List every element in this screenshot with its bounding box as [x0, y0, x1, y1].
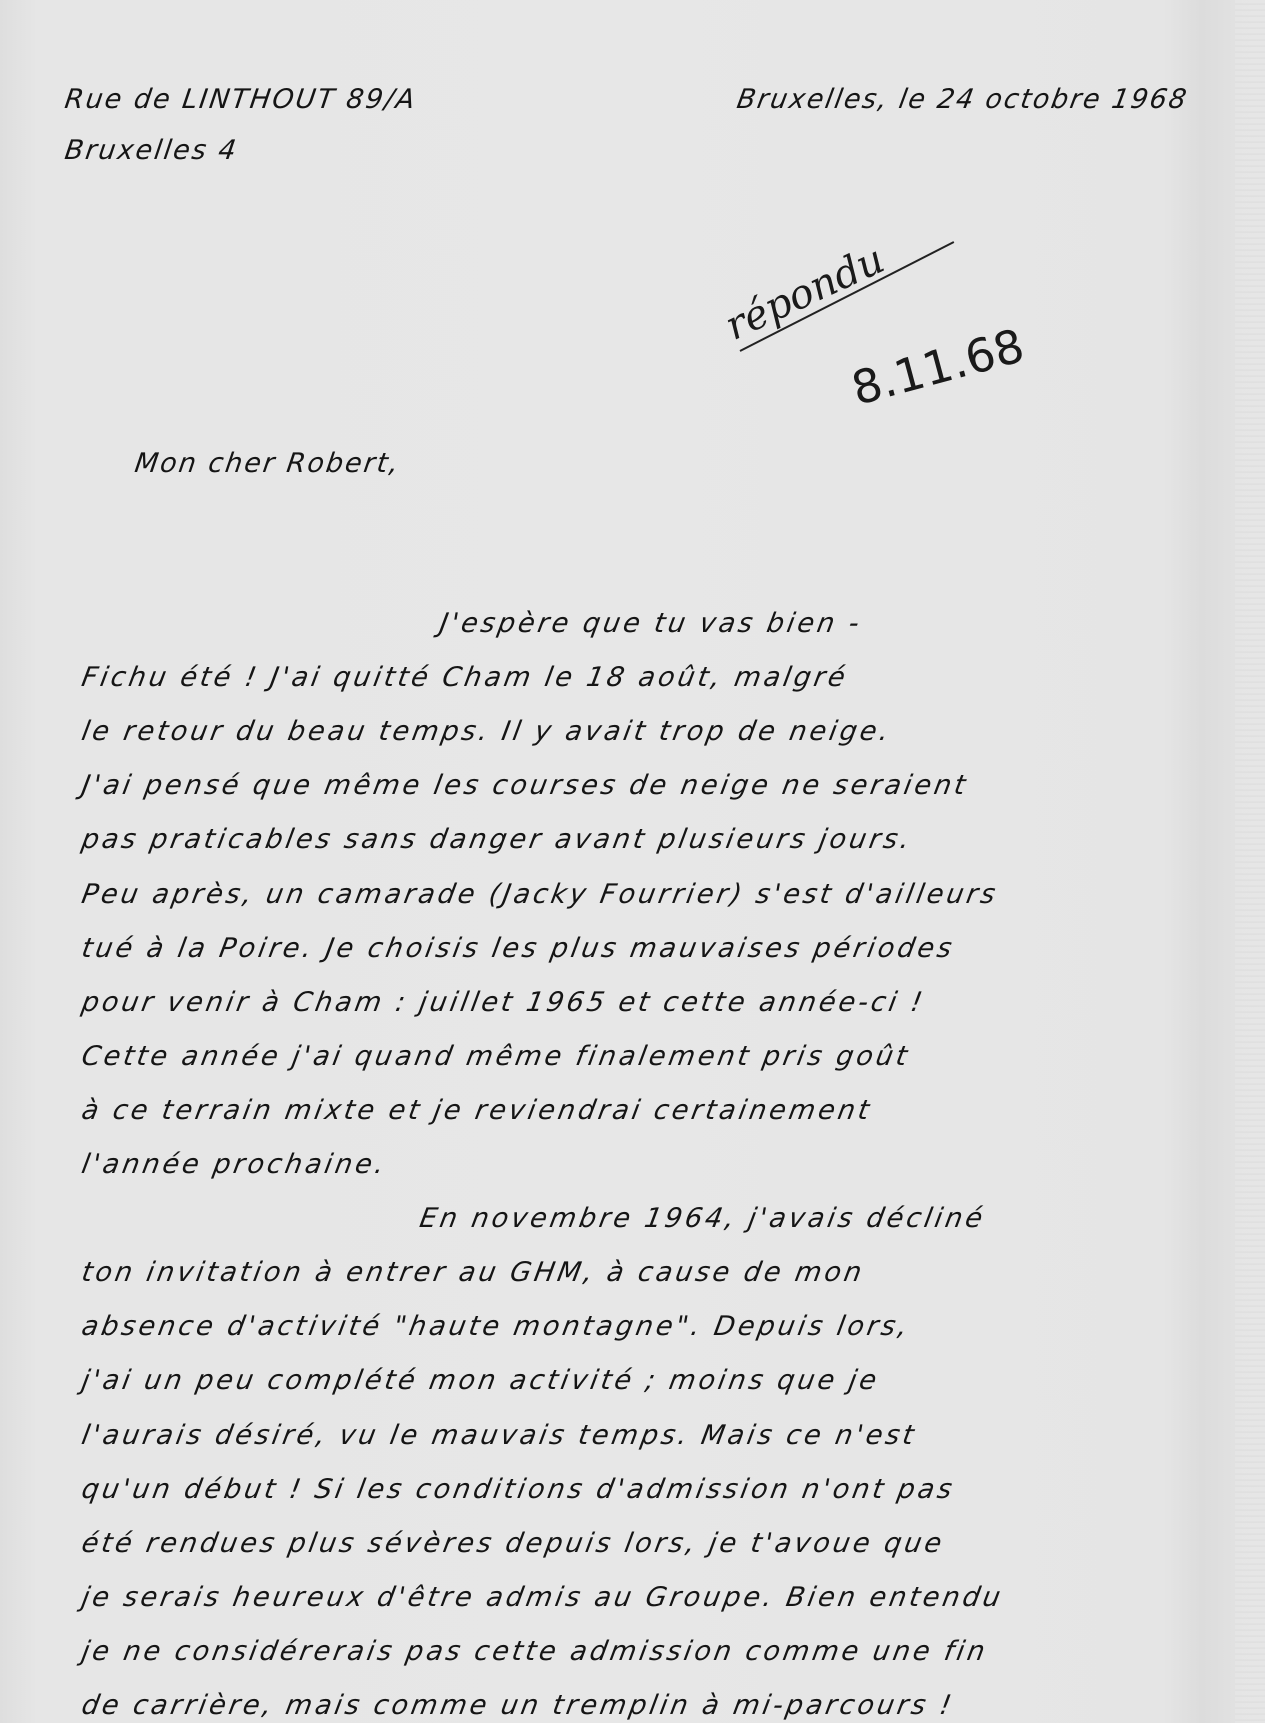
body-line: le retour du beau temps. Il y avait trop…	[79, 716, 894, 747]
annotation-label: répondu	[718, 236, 891, 349]
sender-address-line-2: Bruxelles 4	[63, 135, 240, 166]
body-line: qu'un début ! Si les conditions d'admiss…	[79, 1474, 957, 1505]
body-line: absence d'activité "haute montagne". Dep…	[79, 1311, 912, 1342]
body-line: J'espère que tu vas bien -	[437, 608, 864, 639]
salutation: Mon cher Robert,	[133, 448, 402, 479]
body-line: l'année prochaine.	[79, 1149, 389, 1180]
body-line: J'ai pensé que même les courses de neige…	[79, 770, 970, 801]
body-line: de carrière, mais comme un tremplin à mi…	[79, 1690, 956, 1721]
page-edge	[1235, 0, 1265, 1723]
body-line: tué à la Poire. Je choisis les plus mauv…	[79, 933, 957, 964]
place-date: Bruxelles, le 24 octobre 1968	[735, 84, 1191, 115]
letter-page: Rue de LINTHOUT 89/A Bruxelles 4 Bruxell…	[0, 0, 1265, 1723]
body-line: pour venir à Cham : juillet 1965 et cett…	[79, 987, 927, 1018]
body-line: j'ai un peu complété mon activité ; moin…	[79, 1365, 882, 1396]
body-line: Peu après, un camarade (Jacky Fourrier) …	[79, 879, 1000, 910]
body-line: l'aurais désiré, vu le mauvais temps. Ma…	[79, 1420, 919, 1451]
body-line: à ce terrain mixte et je reviendrai cert…	[79, 1095, 874, 1126]
body-line: ton invitation à entrer au GHM, à cause …	[79, 1257, 867, 1288]
body-line: Fichu été ! J'ai quitté Cham le 18 août,…	[79, 662, 850, 693]
sender-address-line-1: Rue de LINTHOUT 89/A	[63, 84, 419, 115]
body-line: je serais heureux d'être admis au Groupe…	[79, 1582, 1005, 1613]
body-line: Cette année j'ai quand même finalement p…	[79, 1041, 912, 1072]
reply-annotation: répondu 8.11.68	[700, 230, 1060, 430]
body-line: été rendues plus sévères depuis lors, je…	[79, 1528, 947, 1559]
body-line: En novembre 1964, j'avais décliné	[417, 1203, 988, 1234]
body-line: pas praticables sans danger avant plusie…	[79, 824, 915, 855]
annotation-date: 8.11.68	[846, 318, 1030, 416]
body-line: je ne considérerais pas cette admission …	[79, 1636, 990, 1667]
